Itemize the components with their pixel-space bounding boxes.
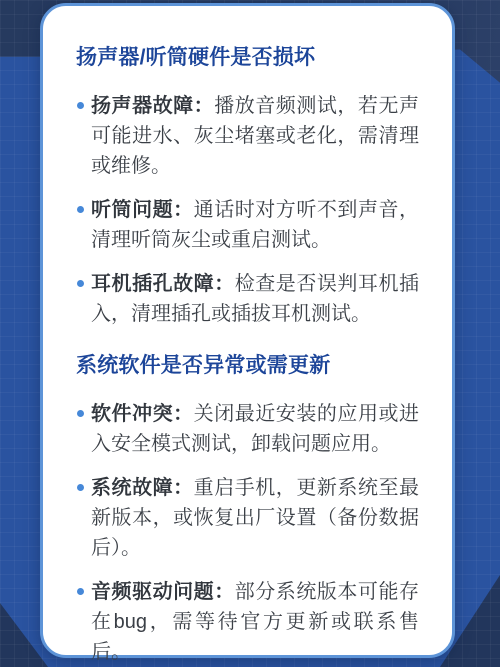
bullet-dot-icon — [77, 410, 84, 417]
bullet-dot-icon — [77, 102, 84, 109]
bullet-dot-icon — [77, 484, 84, 491]
list-item: 扬声器故障：播放音频测试，若无声可能进水、灰尘堵塞或老化，需清理或维修。 — [76, 91, 419, 181]
bullet-lead: 音频驱动问题： — [91, 581, 235, 603]
bullet-lead: 系统故障： — [91, 477, 194, 499]
bullet-dot-icon — [77, 206, 84, 213]
section-title: 扬声器/听筒硬件是否损坏 — [76, 45, 419, 71]
bullet-lead: 扬声器故障： — [91, 95, 214, 117]
section-speaker-hardware: 扬声器/听筒硬件是否损坏 扬声器故障：播放音频测试，若无声可能进水、灰尘堵塞或老… — [76, 45, 419, 329]
list-item: 音频驱动问题：部分系统版本可能存在bug，需等待官方更新或联系售后。 — [76, 577, 419, 667]
bullet-list: 软件冲突：关闭最近安装的应用或进入安全模式测试，卸载问题应用。 系统故障：重启手… — [76, 399, 419, 667]
bullet-dot-icon — [77, 280, 84, 287]
bullet-lead: 听筒问题： — [91, 199, 194, 221]
list-item: 听筒问题：通话时对方听不到声音，清理听筒灰尘或重启测试。 — [76, 195, 419, 255]
list-item: 系统故障：重启手机，更新系统至最新版本，或恢复出厂设置（备份数据后）。 — [76, 473, 419, 563]
list-item: 软件冲突：关闭最近安装的应用或进入安全模式测试，卸载问题应用。 — [76, 399, 419, 459]
bullet-list: 扬声器故障：播放音频测试，若无声可能进水、灰尘堵塞或老化，需清理或维修。 听筒问… — [76, 91, 419, 329]
list-item: 耳机插孔故障：检查是否误判耳机插入，清理插孔或插拔耳机测试。 — [76, 269, 419, 329]
content-card: 扬声器/听筒硬件是否损坏 扬声器故障：播放音频测试，若无声可能进水、灰尘堵塞或老… — [40, 3, 455, 658]
bullet-lead: 耳机插孔故障： — [91, 273, 235, 295]
bullet-lead: 软件冲突： — [91, 403, 194, 425]
section-system-software: 系统软件是否异常或需更新 软件冲突：关闭最近安装的应用或进入安全模式测试，卸载问… — [76, 353, 419, 667]
bullet-dot-icon — [77, 588, 84, 595]
section-title: 系统软件是否异常或需更新 — [76, 353, 419, 379]
